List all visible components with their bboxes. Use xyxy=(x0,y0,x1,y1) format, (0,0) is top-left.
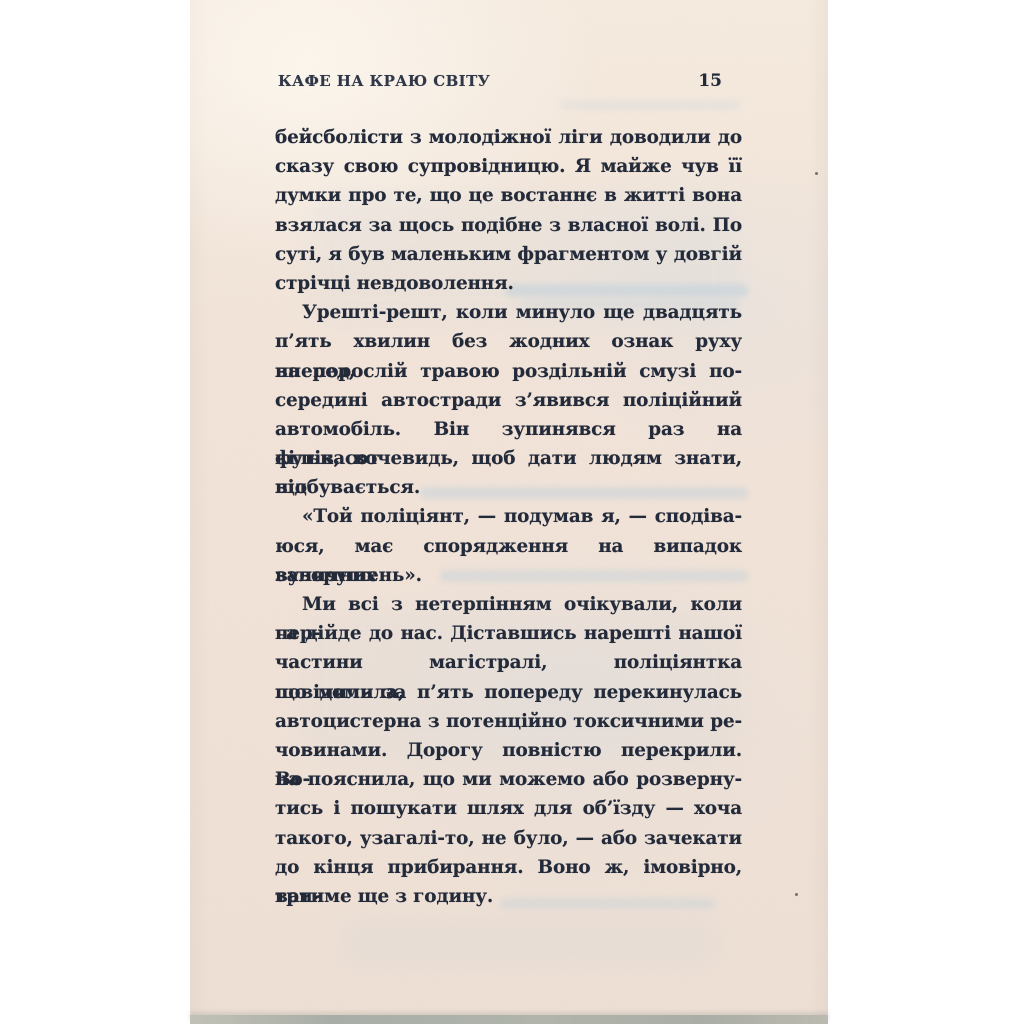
bottom-scan-edge xyxy=(190,1015,828,1024)
text-line: ватиме ще з годину. xyxy=(275,882,742,911)
text-line: юся, має спорядження на випадок вуличних xyxy=(275,532,742,561)
scan-speck xyxy=(795,893,798,896)
text-line: стрічці невдоволення. xyxy=(275,269,742,298)
text-line: бейсболісти з молодіжної ліги доводили д… xyxy=(275,123,742,152)
text-line: середині автостради з’явився поліційний xyxy=(275,386,742,415)
page-number: 15 xyxy=(698,71,722,91)
paragraph: бейсболісти з молодіжної ліги доводили д… xyxy=(275,123,742,298)
text-line: Ми всі з нетерпінням очікували, коли чер… xyxy=(275,590,742,619)
text-line: такого, узагалі-то, не було, — або зачек… xyxy=(275,824,742,853)
text-line: га дійде до нас. Діставшись нарешті нашо… xyxy=(275,619,742,648)
text-line: Урешті-решт, коли минуло ще двадцять xyxy=(275,298,742,327)
text-line: на порослій травою роздільній смузі по- xyxy=(275,357,742,386)
body-text: бейсболісти з молодіжної ліги доводили д… xyxy=(275,123,742,911)
book-scan: КАФЕ НА КРАЮ СВІТУ 15 бейсболісти з моло… xyxy=(0,0,1024,1024)
text-line: тись і пошукати шлях для об’їзду — хоча xyxy=(275,794,742,823)
running-title: КАФЕ НА КРАЮ СВІТУ xyxy=(278,72,490,90)
text-line: взялася за щось подібне з власної волі. … xyxy=(275,211,742,240)
text-line: «Той поліціянт, — подумав я, — сподіва- xyxy=(275,502,742,531)
paragraph: Ми всі з нетерпінням очікували, коли чер… xyxy=(275,590,742,911)
showthrough-wash xyxy=(340,920,720,965)
text-line: суті, я був маленьким фрагментом у довгі… xyxy=(275,240,742,269)
text-line: відбувається. xyxy=(275,473,742,502)
text-line: п’ять хвилин без жодних ознак руху впере… xyxy=(275,327,742,356)
text-line: на пояснила, що ми можемо або розверну- xyxy=(275,765,742,794)
text-line: частини магістралі, поліціянтка повідоми… xyxy=(275,648,742,677)
paragraph: «Той поліціянт, — подумав я, — сподіва-ю… xyxy=(275,502,742,590)
paragraph: Урешті-решт, коли минуло ще двадцятьп’ят… xyxy=(275,298,742,502)
text-line: думки про те, що це востаннє в житті вон… xyxy=(275,181,742,210)
text-line: футів, вочевидь, щоб дати людям знати, щ… xyxy=(275,444,742,473)
page-scan: КАФЕ НА КРАЮ СВІТУ 15 бейсболісти з моло… xyxy=(190,0,828,1024)
scan-speck xyxy=(815,172,818,175)
text-line: до кінця прибирання. Воно ж, імовірно, т… xyxy=(275,853,742,882)
text-line: автоцистерна з потенційно токсичними ре- xyxy=(275,707,742,736)
text-line: що миль за п’ять попереду перекинулась xyxy=(275,678,742,707)
text-line: човинами. Дорогу повністю перекрили. Во- xyxy=(275,736,742,765)
text-line: заворушень». xyxy=(275,561,742,590)
text-line: автомобіль. Він зупинявся раз на кількас… xyxy=(275,415,742,444)
showthrough-line xyxy=(560,100,740,110)
text-line: сказу свою супровідницю. Я майже чув її xyxy=(275,152,742,181)
